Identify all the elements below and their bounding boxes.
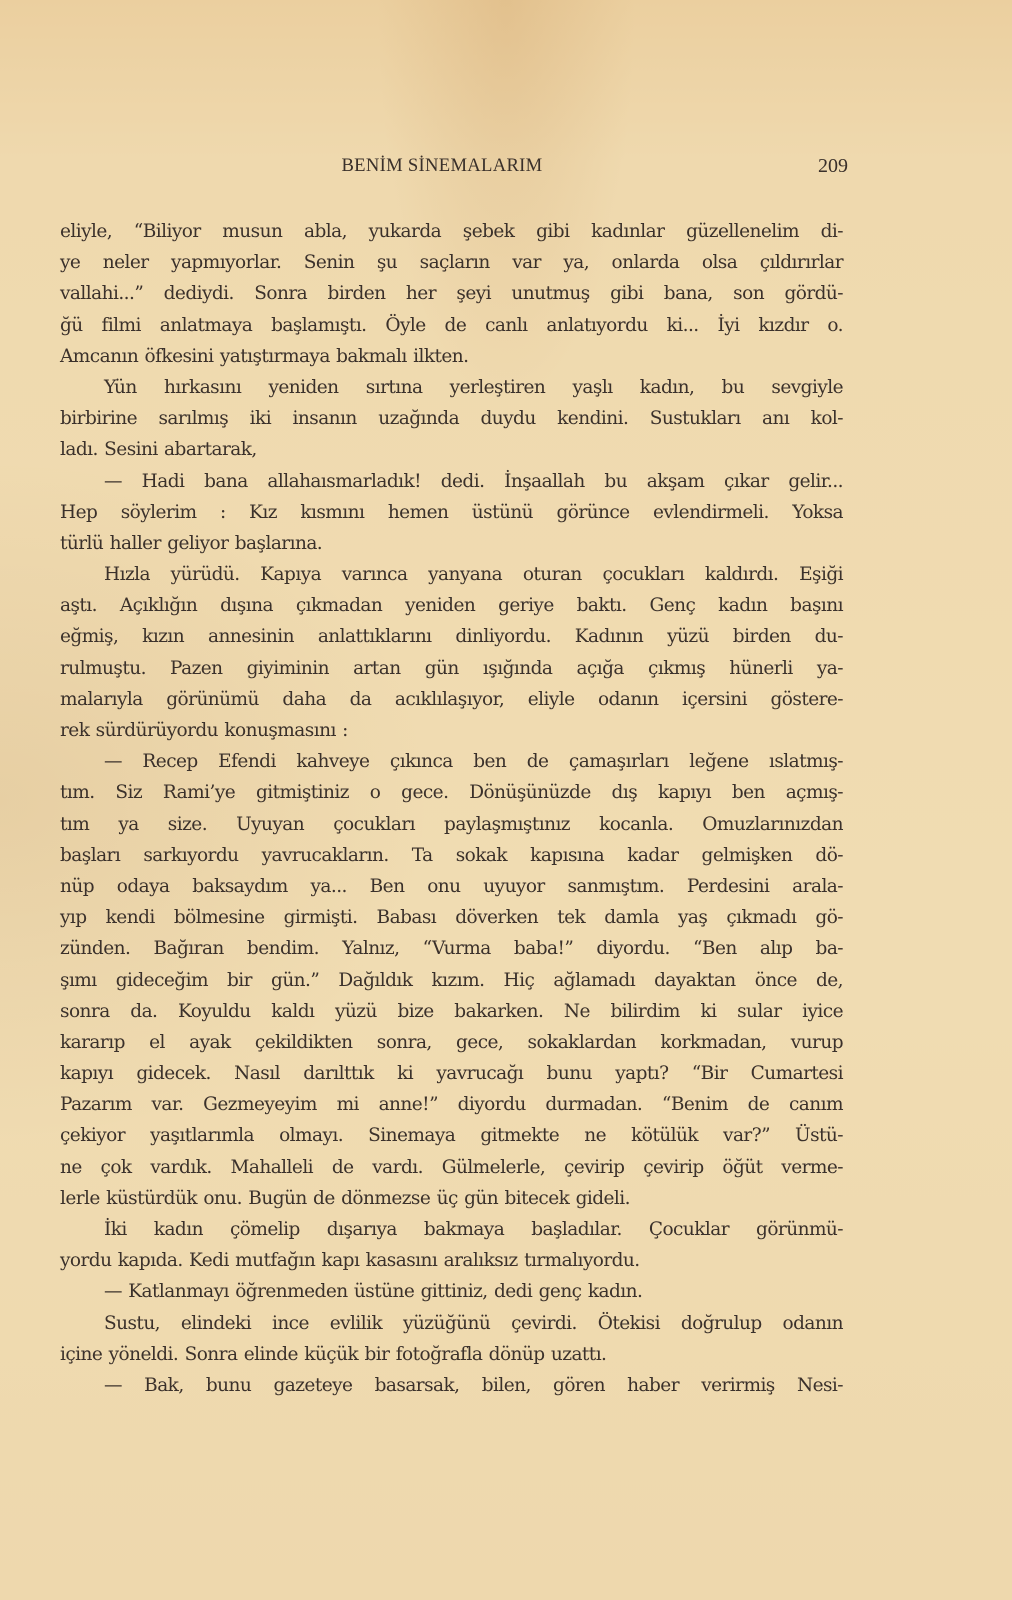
text-line: nüp odaya baksaydım ya... Ben onu uyuyor… — [60, 871, 843, 902]
text-line: kapıyı gidecek. Nasıl darılttık ki yavru… — [60, 1058, 843, 1089]
text-line: yordu kapıda. Kedi mutfağın kapı kasasın… — [60, 1245, 843, 1276]
text-line: başları sarkıyordu yavrucakların. Ta sok… — [60, 840, 843, 871]
running-head: BENİM SİNEMALARIM 209 — [0, 155, 1012, 183]
text-line: Hep söylerim : Kız kısmını hemen üstünü … — [60, 497, 843, 528]
text-line: malarıyla görünümü daha da acıklılaşıyor… — [60, 684, 843, 715]
text-line: zünden. Bağıran bendim. Yalnız, “Vurma b… — [60, 933, 843, 964]
text-line: birbirine sarılmış iki insanın uzağında … — [60, 403, 843, 434]
text-line: yıp kendi bölmesine girmişti. Babası döv… — [60, 902, 843, 933]
text-line: kararıp el ayak çekildikten sonra, gece,… — [60, 1027, 843, 1058]
text-line: İki kadın çömelip dışarıya bakmaya başla… — [60, 1214, 843, 1245]
text-line: eğmiş, kızın annesinin anlattıklarını di… — [60, 621, 843, 652]
text-line: sonra da. Koyuldu kaldı yüzü bize bakark… — [60, 996, 843, 1027]
text-line: ye neler yapmıyorlar. Senin şu saçların … — [60, 247, 843, 278]
text-line: içine yöneldi. Sonra elinde küçük bir fo… — [60, 1339, 843, 1370]
text-line: Yün hırkasını yeniden sırtına yerleştire… — [60, 372, 843, 403]
text-line: Amcanın öfkesini yatıştırmaya bakmalı il… — [60, 341, 843, 372]
text-line: Pazarım var. Gezmeyeyim mi anne!” diyord… — [60, 1089, 843, 1120]
text-line: lerle küstürdük onu. Bugün de dönmezse ü… — [60, 1183, 843, 1214]
text-line: tım ya size. Uyuyan çocukları paylaşmışt… — [60, 809, 843, 840]
text-line: tım. Siz Rami’ye gitmiştiniz o gece. Dön… — [60, 777, 843, 808]
text-line: Sustu, elindeki ince evlilik yüzüğünü çe… — [60, 1308, 843, 1339]
text-line: vallahi...” dediydi. Sonra birden her şe… — [60, 278, 843, 309]
text-line: şımı gideceğim bir gün.” Dağıldık kızım.… — [60, 965, 843, 996]
body-text: eliyle, “Biliyor musun abla, yukarda şeb… — [60, 216, 843, 1401]
text-line: ğü filmi anlatmaya başlamıştı. Öyle de c… — [60, 310, 843, 341]
text-line: ladı. Sesini abartarak, — [60, 434, 843, 465]
page-number: 209 — [818, 155, 848, 178]
text-line: rulmuştu. Pazen giyiminin artan gün ışığ… — [60, 653, 843, 684]
text-line: ne çok vardık. Mahalleli de vardı. Gülme… — [60, 1152, 843, 1183]
text-line: çekiyor yaşıtlarımla olmayı. Sinemaya gi… — [60, 1120, 843, 1151]
text-line: aştı. Açıklığın dışına çıkmadan yeniden … — [60, 590, 843, 621]
text-line: — Katlanmayı öğrenmeden üstüne gittiniz,… — [60, 1276, 843, 1307]
text-line: türlü haller geliyor başlarına. — [60, 528, 843, 559]
text-line: eliyle, “Biliyor musun abla, yukarda şeb… — [60, 216, 843, 247]
text-line: Hızla yürüdü. Kapıya varınca yanyana otu… — [60, 559, 843, 590]
text-line: rek sürdürüyordu konuşmasını : — [60, 715, 843, 746]
text-line: — Bak, bunu gazeteye basarsak, bilen, gö… — [60, 1370, 843, 1401]
text-line: — Hadi bana allahaısmarladık! dedi. İnşa… — [60, 466, 843, 497]
text-line: — Recep Efendi kahveye çıkınca ben de ça… — [60, 746, 843, 777]
running-title: BENİM SİNEMALARIM — [246, 155, 638, 177]
